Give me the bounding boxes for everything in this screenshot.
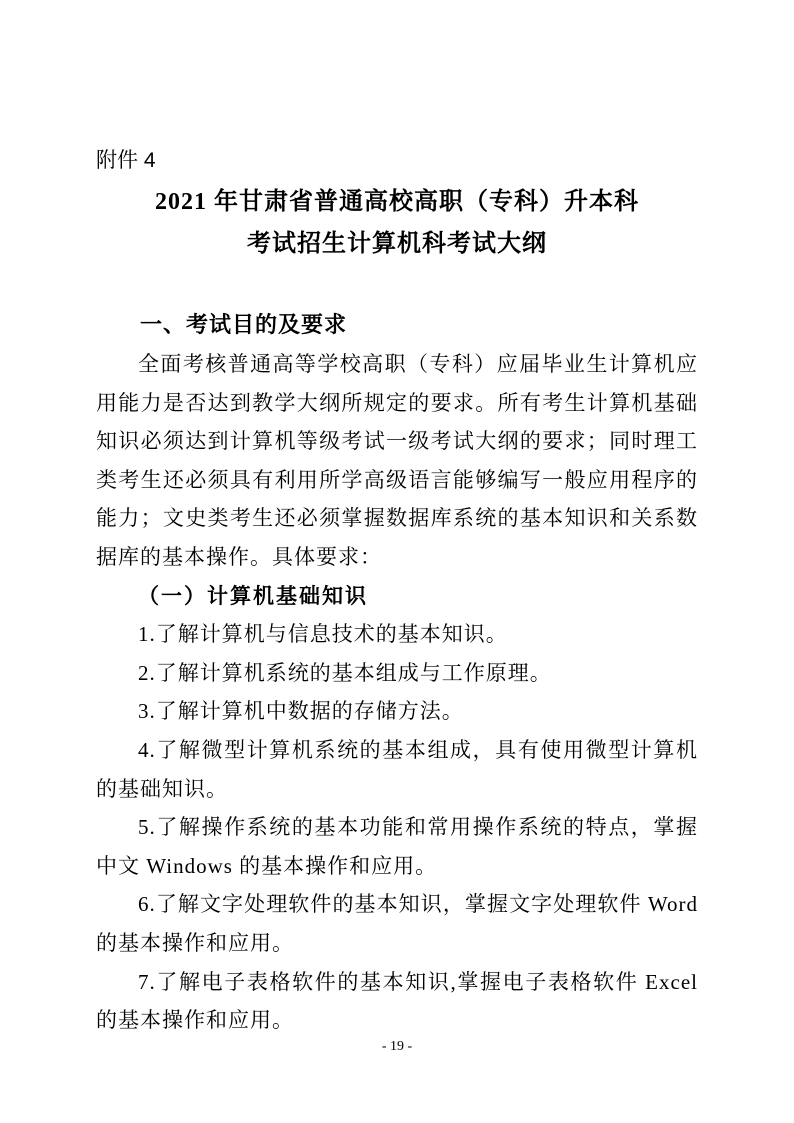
- page-number: - 19 -: [382, 1039, 412, 1054]
- document-title-line1: 2021 年甘肃省普通高校高职（专科）升本科: [96, 181, 698, 223]
- requirement-item-6: 6.了解文字处理软件的基本知识，掌握文字处理软件 Word 的基本操作和应用。: [96, 885, 698, 962]
- purpose-paragraph: 全面考核普通高等学校高职（专科）应届毕业生计算机应用能力是否达到教学大纲所规定的…: [96, 345, 698, 577]
- requirement-item-4: 4.了解微型计算机系统的基本组成，具有使用微型计算机的基础知识。: [96, 731, 698, 808]
- requirement-item-2: 2.了解计算机系统的基本组成与工作原理。: [96, 654, 698, 693]
- section-heading-exam-purpose: 一、考试目的及要求: [96, 305, 698, 345]
- subsection-heading-computer-basics: （一）计算机基础知识: [96, 577, 698, 616]
- document-title-line2: 考试招生计算机科考试大纲: [96, 223, 698, 265]
- document-title: 2021 年甘肃省普通高校高职（专科）升本科 考试招生计算机科考试大纲: [96, 181, 698, 265]
- requirement-item-1: 1.了解计算机与信息技术的基本知识。: [96, 615, 698, 654]
- requirement-list: 1.了解计算机与信息技术的基本知识。 2.了解计算机系统的基本组成与工作原理。 …: [96, 615, 698, 1040]
- attachment-label: 附件 4: [96, 147, 698, 175]
- page-footer: - 19 -: [0, 1038, 794, 1056]
- section-body: 全面考核普通高等学校高职（专科）应届毕业生计算机应用能力是否达到教学大纲所规定的…: [96, 345, 698, 1040]
- requirement-item-5: 5.了解操作系统的基本功能和常用操作系统的特点，掌握中文 Windows 的基本…: [96, 808, 698, 885]
- document-page: 附件 4 2021 年甘肃省普通高校高职（专科）升本科 考试招生计算机科考试大纲…: [0, 0, 794, 1123]
- requirement-item-7: 7.了解电子表格软件的基本知识,掌握电子表格软件 Excel 的基本操作和应用。: [96, 963, 698, 1040]
- requirement-item-3: 3.了解计算机中数据的存储方法。: [96, 692, 698, 731]
